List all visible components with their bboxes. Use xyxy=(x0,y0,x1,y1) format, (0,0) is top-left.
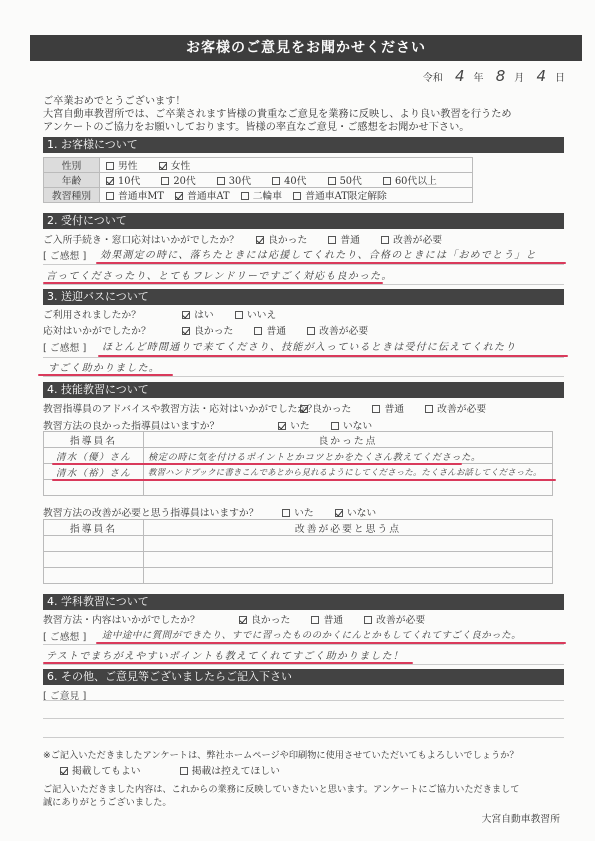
option-label: 普通車AT xyxy=(187,191,229,202)
school-signature: 大宮自動車教習所 xyxy=(482,813,560,826)
option-label: 改善が必要 xyxy=(437,404,486,415)
checkbox-icon[interactable] xyxy=(328,236,336,244)
checkbox-icon[interactable] xyxy=(364,616,372,624)
table-header-row: 指導員名 良かった点 xyxy=(44,432,553,448)
checkbox-option[interactable]: 改善が必要 xyxy=(364,612,425,626)
checkbox-icon[interactable] xyxy=(235,311,243,319)
option-label: いない xyxy=(347,508,376,519)
option-label: はい xyxy=(194,310,214,321)
gender-row: 性別 男性 女性 xyxy=(44,158,473,173)
ruled-line xyxy=(43,644,564,645)
option-label: 良かった xyxy=(268,235,307,246)
ruled-line xyxy=(43,357,564,358)
checkbox-option[interactable]: 改善が必要 xyxy=(425,401,486,415)
instructor-advice-row: 教習指導員のアドバイスや教習方法・応対はいかがでしたか？ 良かった 普通 改善が… xyxy=(43,401,504,415)
checkbox-icon[interactable] xyxy=(293,192,301,200)
intro-line: 大宮自動車教習所では、ご卒業されます皆様の貴重なご意見を業務に反映し、より良い教… xyxy=(43,108,512,121)
section-header-shuttle-bus: 3. 送迎バスについて xyxy=(43,289,564,305)
checkbox-option[interactable]: いいえ xyxy=(235,307,276,321)
checkbox-option[interactable]: いた xyxy=(278,418,310,432)
date-field: 令和 4年 8月 4日 xyxy=(423,67,565,85)
day-value[interactable]: 4 xyxy=(536,67,546,85)
checkbox-option[interactable]: 改善が必要 xyxy=(307,323,368,337)
year-unit: 年 xyxy=(474,73,484,84)
option-label: 普通 xyxy=(323,615,343,626)
checkbox-option[interactable]: はい xyxy=(182,307,214,321)
option-label: 掲載は控えてほしい xyxy=(192,766,280,777)
table-row: 清水（裕）さん 教習ハンドブックに書きこんであとから見れるようにしてくださった。… xyxy=(44,464,553,480)
column-header: 指導員名 xyxy=(44,432,144,448)
option-label: 二輪車 xyxy=(253,191,282,202)
checkbox-icon[interactable] xyxy=(307,327,315,335)
checkbox-checked-icon[interactable] xyxy=(175,192,183,200)
checkbox-icon[interactable] xyxy=(241,192,249,200)
checkbox-icon[interactable] xyxy=(282,509,290,517)
checkbox-option[interactable]: 普通車AT限定解除 xyxy=(293,188,387,202)
option-label: 普通 xyxy=(266,326,286,337)
table-row xyxy=(44,536,553,552)
bad-instructor-row: 教習方法の改善が必要と思う指導員はいますか？ いた いない xyxy=(43,505,394,519)
checkbox-checked-icon[interactable] xyxy=(60,767,68,775)
ruled-line xyxy=(43,664,564,665)
checkbox-option[interactable]: 普通 xyxy=(328,232,360,246)
good-point-cell[interactable]: 検定の時に気を付けるポイントとかコツとかをたくさん教えてくださった。 xyxy=(144,448,553,464)
checkbox-option[interactable]: いない xyxy=(335,505,376,519)
classroom-impression-text[interactable]: 途中途中に質問ができたり、すでに習ったもののかくにんとかもしてくれてすごく良かっ… xyxy=(102,627,521,641)
checkbox-checked-icon[interactable] xyxy=(159,162,167,170)
option-label: 改善が必要 xyxy=(376,615,425,626)
good-point-cell[interactable]: 教習ハンドブックに書きこんであとから見れるようにしてくださった。たくさんお話して… xyxy=(144,464,553,480)
instructor-name-cell[interactable]: 清水（優）さん xyxy=(44,448,144,464)
bus-impression-text[interactable]: すごく助かりました。 xyxy=(48,359,160,374)
question-text: 教習方法の改善が必要と思う指導員はいますか？ xyxy=(43,505,279,519)
option-label: 普通 xyxy=(340,235,360,246)
red-underline xyxy=(52,463,462,465)
question-text: ご入所手続き・窓口応対はいかがでしたか？ xyxy=(43,235,239,246)
table-row xyxy=(44,568,553,584)
improvement-point-cell[interactable] xyxy=(144,552,553,568)
good-point-cell[interactable] xyxy=(144,480,553,496)
option-label: 60代以上 xyxy=(395,176,437,187)
classroom-impression-text[interactable]: テストでまちがえやすいポイントも教えてくれてすごく助かりました！ xyxy=(46,647,404,662)
checkbox-icon[interactable] xyxy=(106,192,114,200)
checkbox-option[interactable]: 20代 xyxy=(161,173,195,187)
column-header: 改善が必要と思う点 xyxy=(144,520,553,536)
checkbox-option[interactable]: 改善が必要 xyxy=(381,232,442,246)
row-label: 教習種別 xyxy=(44,188,100,203)
checkbox-icon[interactable] xyxy=(331,422,339,430)
checkbox-option[interactable]: 女性 xyxy=(159,158,191,172)
checkbox-option[interactable]: 良かった xyxy=(300,401,351,415)
question-text: ご利用されましたか？ xyxy=(43,307,179,321)
checkbox-checked-icon[interactable] xyxy=(335,509,343,517)
improvement-instructor-table: 指導員名 改善が必要と思う点 xyxy=(43,519,553,584)
checkbox-checked-icon[interactable] xyxy=(239,616,247,624)
question-text: 教習方法の良かった指導員はいますか？ xyxy=(43,418,275,432)
instructor-name-cell[interactable]: 清水（裕）さん xyxy=(44,464,144,480)
checkbox-option[interactable]: いた xyxy=(282,505,314,519)
checkbox-checked-icon[interactable] xyxy=(182,311,190,319)
option-label: 10代 xyxy=(118,176,140,187)
instructor-name-cell[interactable] xyxy=(44,552,144,568)
checkbox-option[interactable]: 掲載してもよい xyxy=(60,763,141,777)
option-label: いいえ xyxy=(247,310,276,321)
table-row: 清水（優）さん 検定の時に気を付けるポイントとかコツとかをたくさん教えてくださっ… xyxy=(44,448,553,464)
month-value[interactable]: 8 xyxy=(496,67,506,85)
option-label: 改善が必要 xyxy=(319,326,368,337)
option-label: 良かった xyxy=(251,615,290,626)
checkbox-option[interactable]: 10代 xyxy=(106,173,140,187)
checkbox-option[interactable]: 40代 xyxy=(272,173,306,187)
section-header-customer: 1. お客様について xyxy=(43,137,564,153)
impression-label: [ ご感想 ] xyxy=(43,248,86,262)
row-label: 性別 xyxy=(44,158,100,173)
table-row xyxy=(44,480,553,496)
impression-label: [ ご感想 ] xyxy=(43,340,86,354)
checkbox-option[interactable]: 掲載は控えてほしい xyxy=(180,763,280,777)
reception-impression-text[interactable]: 言ってくださったり、とてもフレンドリーですごく対応も良かった。 xyxy=(46,267,393,282)
checkbox-option[interactable]: いない xyxy=(331,418,372,432)
classroom-question-row: 教習方法・内容はいかがでしたか？ 良かった 普通 改善が必要 xyxy=(43,612,443,626)
year-value[interactable]: 4 xyxy=(455,67,465,85)
consent-options: 掲載してもよい 掲載は控えてほしい xyxy=(60,763,298,777)
bus-usage-row: ご利用されましたか？ はい いいえ xyxy=(43,307,294,321)
checkbox-checked-icon[interactable] xyxy=(106,177,114,185)
option-label: 50代 xyxy=(340,176,362,187)
checkbox-checked-icon[interactable] xyxy=(256,236,264,244)
checkbox-icon[interactable] xyxy=(254,327,262,335)
checkbox-option[interactable]: 60代以上 xyxy=(383,173,437,187)
intro-line: アンケートのご協力をお願いしております。皆様の率直なご意見・ご感想をお聞かせ下さ… xyxy=(43,121,512,134)
checkbox-checked-icon[interactable] xyxy=(300,405,308,413)
customer-info-table: 性別 男性 女性 年齢 10代 20代 30代 40代 50代 60代以上 教習… xyxy=(43,157,473,203)
checkbox-icon[interactable] xyxy=(272,177,280,185)
option-label: 20代 xyxy=(173,176,195,187)
option-label: 良かった xyxy=(194,326,233,337)
option-label: 改善が必要 xyxy=(393,235,442,246)
checkbox-option[interactable]: 普通車MT xyxy=(106,188,164,202)
comments-line[interactable] xyxy=(43,718,564,719)
option-label: 普通 xyxy=(384,404,404,415)
ruled-line xyxy=(43,284,564,285)
consent-question: ※ご記入いただきましたアンケートは、弊社ホームページや印刷物に使用させていただい… xyxy=(43,749,519,762)
reception-question-row: ご入所手続き・窓口応対はいかがでしたか？ 良かった 普通 改善が必要 xyxy=(43,232,460,246)
instructor-name-cell[interactable] xyxy=(44,536,144,552)
checkbox-checked-icon[interactable] xyxy=(182,327,190,335)
checkbox-option[interactable]: 良かった xyxy=(256,232,307,246)
course-type-row: 教習種別 普通車MT 普通車AT 二輪車 普通車AT限定解除 xyxy=(44,188,473,203)
checkbox-option[interactable]: 普通 xyxy=(254,323,286,337)
section-header-other-comments: 6. その他、ご意見等ございましたらご記入下さい xyxy=(43,669,564,685)
checkbox-icon[interactable] xyxy=(328,177,336,185)
checkbox-icon[interactable] xyxy=(425,405,433,413)
option-label: 40代 xyxy=(284,176,306,187)
checkbox-option[interactable]: 30代 xyxy=(217,173,251,187)
checkbox-option[interactable]: 二輪車 xyxy=(241,188,282,202)
reception-impression-text[interactable]: 効果測定の時に、落ちたときには応援してくれたり、合格のときには「おめでとう」と xyxy=(100,246,537,261)
question-text: 教習指導員のアドバイスや教習方法・応対はいかがでしたか？ xyxy=(43,401,297,415)
intro-line: ご卒業おめでとうございます！ xyxy=(43,95,512,108)
option-label: 女性 xyxy=(171,161,191,172)
checkbox-option[interactable]: 良かった xyxy=(239,612,290,626)
checkbox-option[interactable]: 良かった xyxy=(182,323,233,337)
month-unit: 月 xyxy=(514,73,524,84)
age-options: 10代 20代 30代 40代 50代 60代以上 xyxy=(100,173,473,188)
option-label: 普通車AT限定解除 xyxy=(305,191,387,202)
column-header: 良かった点 xyxy=(144,432,553,448)
table-row xyxy=(44,552,553,568)
comments-line[interactable] xyxy=(43,700,564,701)
checkbox-option[interactable]: 普通車AT xyxy=(175,188,229,202)
improvement-point-cell[interactable] xyxy=(144,536,553,552)
checkbox-icon[interactable] xyxy=(372,405,380,413)
bus-impression-text[interactable]: ほとんど時間通りで来てくださり、技能が入っているときは受付に伝えてくれたり xyxy=(102,338,516,353)
section-header-driving-lessons: 4. 技能教習について xyxy=(43,382,564,398)
checkbox-icon[interactable] xyxy=(161,177,169,185)
red-underline xyxy=(52,479,556,481)
option-label: 掲載してもよい xyxy=(72,766,141,777)
instructor-name-cell[interactable] xyxy=(44,480,144,496)
row-label: 年齢 xyxy=(44,173,100,188)
form-title: お客様のご意見をお聞かせください xyxy=(30,35,582,61)
closing-text: ご記入いただきました内容は、これからの業務に反映していきたいと思います。アンケー… xyxy=(43,783,519,809)
section-header-reception: 2. 受付について xyxy=(43,213,564,229)
checkbox-icon[interactable] xyxy=(180,767,188,775)
impression-label: [ ご感想 ] xyxy=(43,629,86,643)
checkbox-option[interactable]: 普通 xyxy=(372,401,404,415)
option-label: いた xyxy=(294,508,314,519)
checkbox-option[interactable]: 男性 xyxy=(106,158,138,172)
checkbox-icon[interactable] xyxy=(106,162,114,170)
option-label: 30代 xyxy=(229,176,251,187)
ruled-line xyxy=(43,264,564,265)
comments-line[interactable] xyxy=(43,737,564,738)
question-text: 教習方法・内容はいかがでしたか？ xyxy=(43,612,236,626)
instructor-name-cell[interactable] xyxy=(44,568,144,584)
checkbox-option[interactable]: 普通 xyxy=(311,612,343,626)
bus-service-row: 応対はいかがでしたか？ 良かった 普通 改善が必要 xyxy=(43,323,386,337)
age-row: 年齢 10代 20代 30代 40代 50代 60代以上 xyxy=(44,173,473,188)
checkbox-icon[interactable] xyxy=(383,177,391,185)
checkbox-checked-icon[interactable] xyxy=(278,422,286,430)
closing-line: ご記入いただきました内容は、これからの業務に反映していきたいと思います。アンケー… xyxy=(43,783,519,796)
checkbox-icon[interactable] xyxy=(311,616,319,624)
good-instructor-row: 教習方法の良かった指導員はいますか？ いた いない xyxy=(43,418,390,432)
course-type-options: 普通車MT 普通車AT 二輪車 普通車AT限定解除 xyxy=(100,188,473,203)
improvement-point-cell[interactable] xyxy=(144,568,553,584)
checkbox-option[interactable]: 50代 xyxy=(328,173,362,187)
closing-line: 誠にありがとうございました。 xyxy=(43,796,519,809)
table-header-row: 指導員名 改善が必要と思う点 xyxy=(44,520,553,536)
question-text: 応対はいかがでしたか？ xyxy=(43,323,179,337)
option-label: 良かった xyxy=(312,404,351,415)
era-label: 令和 xyxy=(423,73,443,84)
checkbox-icon[interactable] xyxy=(217,177,225,185)
gender-options: 男性 女性 xyxy=(100,158,473,173)
option-label: 普通車MT xyxy=(118,191,164,202)
section-header-classroom-lessons: 4. 学科教習について xyxy=(43,594,564,610)
intro-text: ご卒業おめでとうございます！ 大宮自動車教習所では、ご卒業されます皆様の貴重なご… xyxy=(43,95,512,134)
column-header: 指導員名 xyxy=(44,520,144,536)
ruled-line xyxy=(43,376,564,377)
checkbox-icon[interactable] xyxy=(381,236,389,244)
option-label: 男性 xyxy=(118,161,138,172)
day-unit: 日 xyxy=(555,73,565,84)
